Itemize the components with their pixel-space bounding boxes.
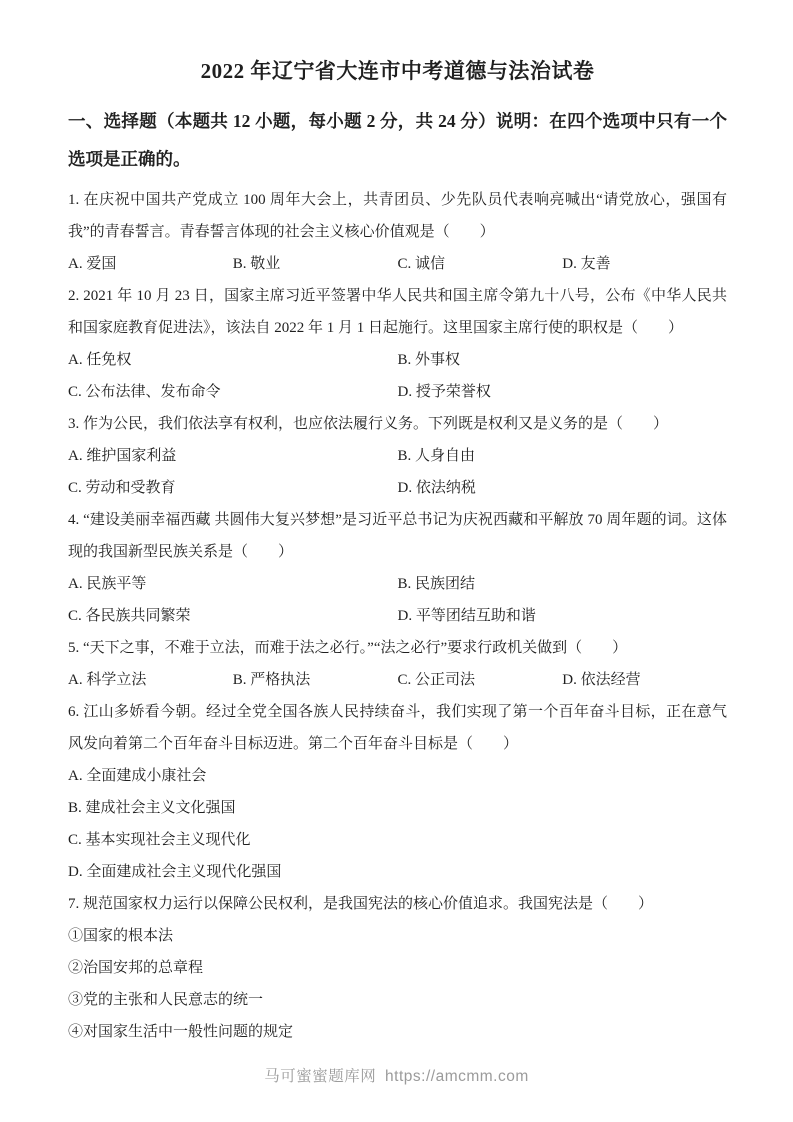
question-6-option-d: D. 全面建成社会主义现代化强国 — [68, 856, 727, 888]
question-6-stem: 6. 江山多娇看今朝。经过全党全国各族人民持续奋斗，我们实现了第一个百年奋斗目标… — [68, 696, 727, 760]
question-1-options: A. 爱国 B. 敬业 C. 诚信 D. 友善 — [68, 248, 727, 280]
question-5-option-c: C. 公正司法 — [398, 664, 563, 696]
question-6: 6. 江山多娇看今朝。经过全党全国各族人民持续奋斗，我们实现了第一个百年奋斗目标… — [68, 696, 727, 888]
question-4-options: A. 民族平等 B. 民族团结 C. 各民族共同繁荣 D. 平等团结互助和谐 — [68, 568, 727, 632]
question-7-statement-2: ②治国安邦的总章程 — [68, 952, 727, 984]
question-4-stem: 4. “建设美丽幸福西藏 共圆伟大复兴梦想”是习近平总书记为庆祝西藏和平解放 7… — [68, 504, 727, 568]
question-2-options: A. 任免权 B. 外事权 C. 公布法律、发布命令 D. 授予荣誉权 — [68, 344, 727, 408]
question-1-stem: 1. 在庆祝中国共产党成立 100 周年大会上，共青团员、少先队员代表响亮喊出“… — [68, 184, 727, 248]
question-5-option-a: A. 科学立法 — [68, 664, 233, 696]
question-2-option-c: C. 公布法律、发布命令 — [68, 376, 398, 408]
question-7: 7. 规范国家权力运行以保障公民权利，是我国宪法的核心价值追求。我国宪法是（ ）… — [68, 888, 727, 1048]
exam-title: 2022 年辽宁省大连市中考道德与法治试卷 — [68, 56, 727, 86]
question-6-option-a: A. 全面建成小康社会 — [68, 760, 727, 792]
watermark-site-name: 马可蜜蜜题库网 — [264, 1068, 376, 1085]
question-6-options: A. 全面建成小康社会 B. 建成社会主义文化强国 C. 基本实现社会主义现代化… — [68, 760, 727, 888]
question-1-option-d: D. 友善 — [562, 248, 727, 280]
question-4-option-c: C. 各民族共同繁荣 — [68, 600, 398, 632]
question-3-stem: 3. 作为公民，我们依法享有权利，也应依法履行义务。下列既是权利又是义务的是（ … — [68, 408, 727, 440]
question-1-option-c: C. 诚信 — [398, 248, 563, 280]
watermark-footer: 马可蜜蜜题库网 https://amcmm.com — [0, 1066, 793, 1088]
question-6-option-b: B. 建成社会主义文化强国 — [68, 792, 727, 824]
question-4-option-b: B. 民族团结 — [398, 568, 728, 600]
question-1-option-a: A. 爱国 — [68, 248, 233, 280]
question-4-option-a: A. 民族平等 — [68, 568, 398, 600]
exam-document-page: 2022 年辽宁省大连市中考道德与法治试卷 一、选择题（本题共 12 小题，每小… — [0, 0, 793, 1122]
question-6-option-c: C. 基本实现社会主义现代化 — [68, 824, 727, 856]
question-2-option-b: B. 外事权 — [398, 344, 728, 376]
question-5-option-b: B. 严格执法 — [233, 664, 398, 696]
question-5-option-d: D. 依法经营 — [562, 664, 727, 696]
question-7-statement-3: ③党的主张和人民意志的统一 — [68, 984, 727, 1016]
question-1-option-b: B. 敬业 — [233, 248, 398, 280]
question-2-option-a: A. 任免权 — [68, 344, 398, 376]
question-3-option-c: C. 劳动和受教育 — [68, 472, 398, 504]
question-7-statements: ①国家的根本法 ②治国安邦的总章程 ③党的主张和人民意志的统一 ④对国家生活中一… — [68, 920, 727, 1048]
question-3-option-d: D. 依法纳税 — [398, 472, 728, 504]
watermark-url: https://amcmm.com — [385, 1068, 529, 1085]
question-7-statement-4: ④对国家生活中一般性问题的规定 — [68, 1016, 727, 1048]
question-3: 3. 作为公民，我们依法享有权利，也应依法履行义务。下列既是权利又是义务的是（ … — [68, 408, 727, 504]
question-4: 4. “建设美丽幸福西藏 共圆伟大复兴梦想”是习近平总书记为庆祝西藏和平解放 7… — [68, 504, 727, 632]
question-7-statement-1: ①国家的根本法 — [68, 920, 727, 952]
question-2: 2. 2021 年 10 月 23 日，国家主席习近平签署中华人民共和国主席令第… — [68, 280, 727, 408]
question-3-option-a: A. 维护国家利益 — [68, 440, 398, 472]
question-3-option-b: B. 人身自由 — [398, 440, 728, 472]
question-5: 5. “天下之事，不难于立法，而难于法之必行。”“法之必行”要求行政机关做到（ … — [68, 632, 727, 696]
section-heading: 一、选择题（本题共 12 小题，每小题 2 分，共 24 分）说明：在四个选项中… — [68, 102, 727, 178]
question-1: 1. 在庆祝中国共产党成立 100 周年大会上，共青团员、少先队员代表响亮喊出“… — [68, 184, 727, 280]
question-2-option-d: D. 授予荣誉权 — [398, 376, 728, 408]
question-7-stem: 7. 规范国家权力运行以保障公民权利，是我国宪法的核心价值追求。我国宪法是（ ） — [68, 888, 727, 920]
question-5-options: A. 科学立法 B. 严格执法 C. 公正司法 D. 依法经营 — [68, 664, 727, 696]
question-2-stem: 2. 2021 年 10 月 23 日，国家主席习近平签署中华人民共和国主席令第… — [68, 280, 727, 344]
question-5-stem: 5. “天下之事，不难于立法，而难于法之必行。”“法之必行”要求行政机关做到（ … — [68, 632, 727, 664]
question-4-option-d: D. 平等团结互助和谐 — [398, 600, 728, 632]
question-3-options: A. 维护国家利益 B. 人身自由 C. 劳动和受教育 D. 依法纳税 — [68, 440, 727, 504]
